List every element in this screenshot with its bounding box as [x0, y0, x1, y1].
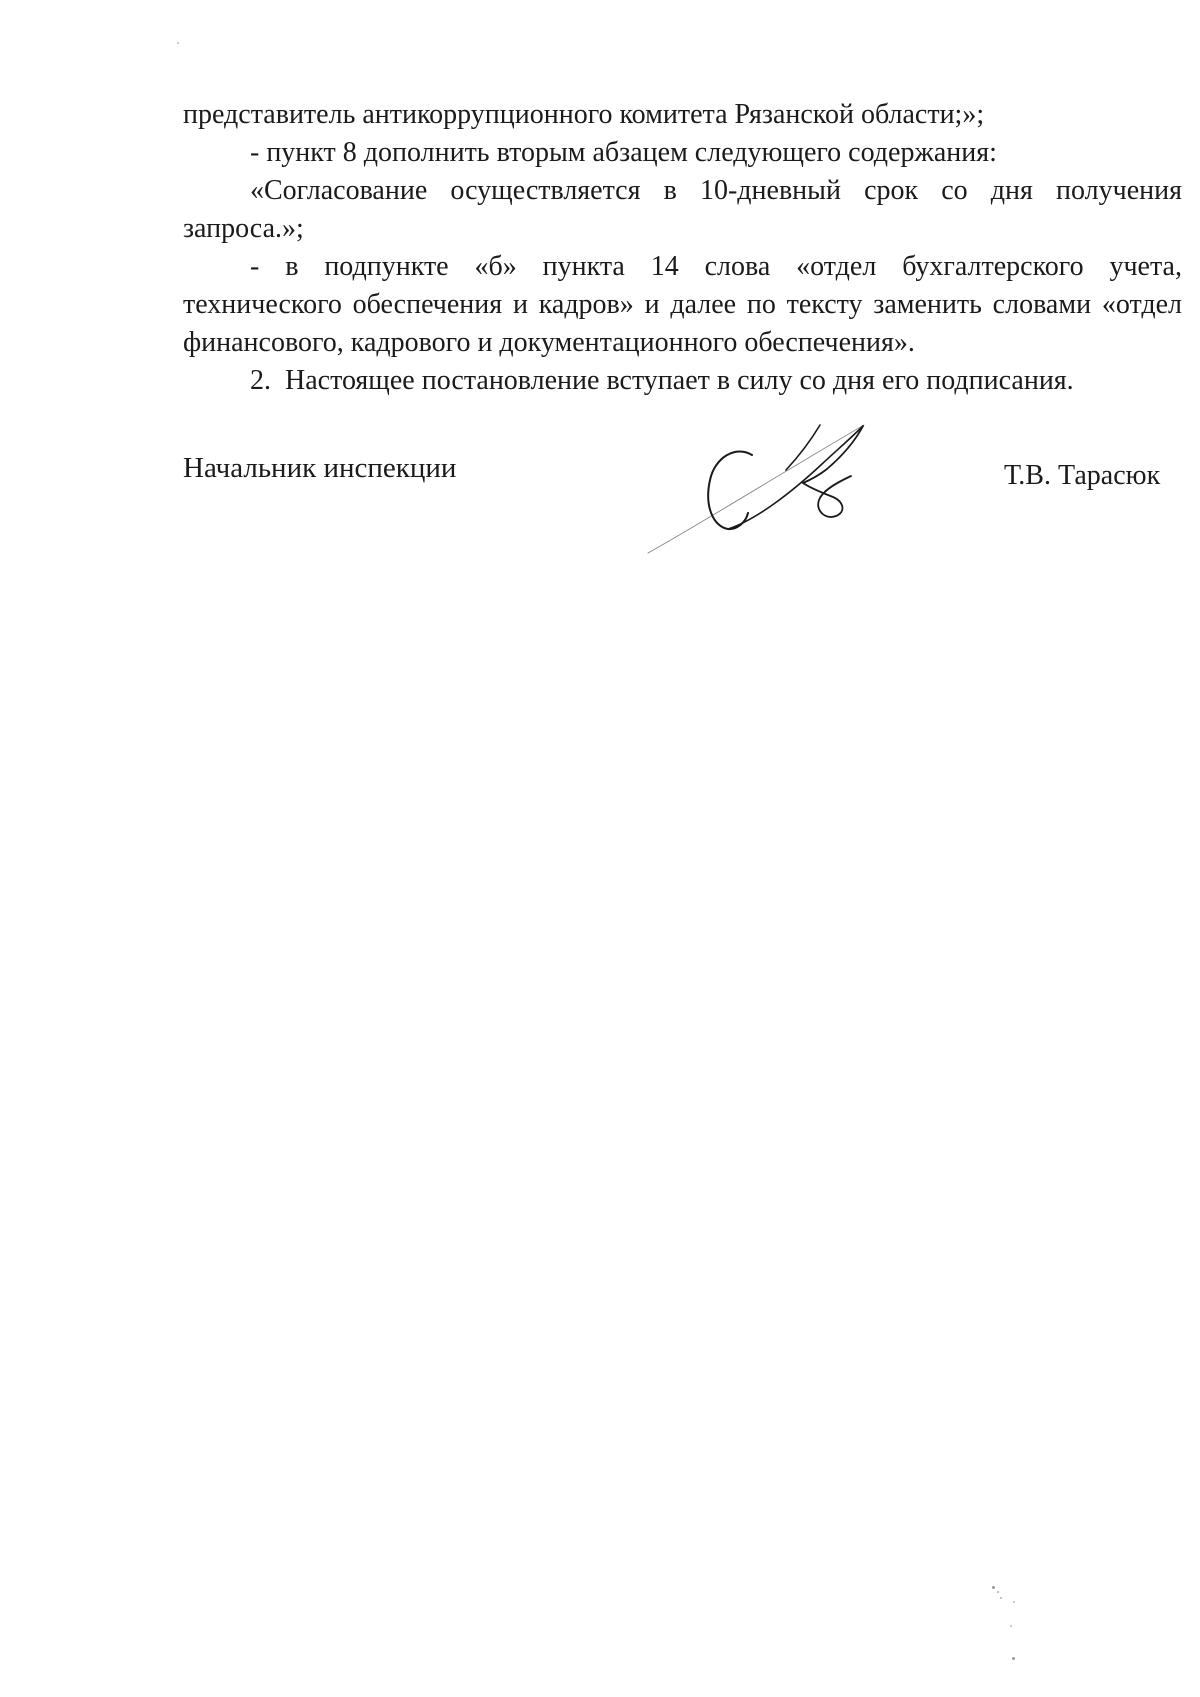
- text-line-2: - пункт 8 дополнить вторым абзацем следу…: [183, 134, 1182, 172]
- text-line-4: запроса.»;: [183, 210, 1182, 248]
- document-body-text: представитель антикоррупционного комитет…: [183, 96, 1182, 400]
- scan-speck: [997, 1591, 999, 1593]
- text-line-1: представитель антикоррупционного комитет…: [183, 96, 1182, 134]
- signature-position-title: Начальник инспекции: [183, 452, 456, 485]
- handwritten-signature-icon: [640, 412, 890, 560]
- scan-speck: [992, 1586, 995, 1589]
- text-line-5: - в подпункте «б» пункта 14 слова «отдел…: [183, 248, 1182, 286]
- scan-speck: [1000, 1597, 1002, 1599]
- text-line-7: финансового, кадрового и документационно…: [183, 324, 1182, 362]
- document-page: представитель антикоррупционного комитет…: [0, 0, 1200, 1697]
- scan-speck: [177, 42, 179, 44]
- scan-speck: [1012, 1657, 1015, 1660]
- signatory-name: Т.В. Тарасюк: [1004, 460, 1160, 492]
- text-line-3: «Согласование осуществляется в 10-дневны…: [183, 172, 1182, 210]
- scan-speck: [1010, 1625, 1012, 1627]
- scan-speck: [1013, 1601, 1015, 1603]
- text-line-8: 2. Настоящее постановление вступает в си…: [183, 362, 1182, 400]
- text-line-6: технического обеспечения и кадров» и дал…: [183, 286, 1182, 324]
